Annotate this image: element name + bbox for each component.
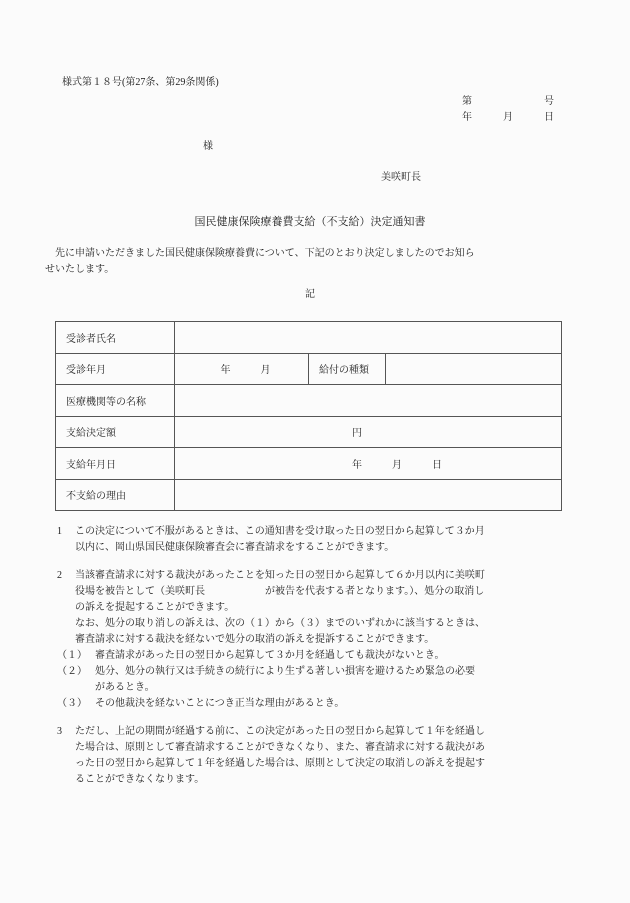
note-1-number: 1 xyxy=(57,524,75,556)
addressee-honorific: 様 xyxy=(203,139,213,155)
note-2: 2 当該審査請求に対する裁決があったことを知った日の翌日から起算して６か月以内に… xyxy=(45,568,605,712)
note-2-line: 審査請求に対する裁決を経ないで処分の取消の訴えを提訴することができます。 xyxy=(75,632,605,648)
doc-number-prefix: 第 xyxy=(462,94,472,110)
patient-name-label: 受診者氏名 xyxy=(56,322,175,354)
intro-paragraph: 先に申請いただきました国民健康保険療養費について、下記のとおり決定しましたのでお… xyxy=(45,246,475,278)
sender-title: 美咲町長 xyxy=(381,170,421,186)
date-year-label: 年 xyxy=(462,110,472,126)
benefit-type-value xyxy=(386,353,562,385)
subitem-3-number: （３） xyxy=(57,696,95,712)
note-3-line: た場合は、原則として審査請求することができなくなり、また、審査請求に対する裁決が… xyxy=(75,740,605,756)
date-month-label: 月 xyxy=(503,110,513,126)
note-2-line: の訴えを提起することができます。 xyxy=(75,600,605,616)
subitem-3-text: その他裁決を経ないことにつき正当な理由があるとき。 xyxy=(95,696,344,712)
denial-reason-label: 不支給の理由 xyxy=(56,479,175,511)
visit-month-label: 受診年月 xyxy=(56,353,175,385)
note-3-line: った日の翌日から起算して１年を経過した場合は、原則として決定の取消しの訴えを提起… xyxy=(75,756,605,772)
institution-label: 医療機関等の名称 xyxy=(56,385,175,417)
note-1-line: この決定について不服があるときは、この通知書を受け取った日の翌日から起算して３か… xyxy=(75,524,605,540)
subitem-2-text: 処分、処分の執行又は手続きの続行により生ずる著しい損害を避けるため緊急の必要 xyxy=(95,664,475,680)
note-2-subitem-2-continuation: があるとき。 xyxy=(95,680,605,696)
note-2-subitem-1: （１） 審査請求があった日の翌日から起算して３か月を経過しても裁決がないとき。 xyxy=(57,648,605,664)
subitem-2-number: （２） xyxy=(57,664,95,680)
note-1-line: 以内に、岡山県国民健康保険審査会に審査請求をすることができます。 xyxy=(75,540,605,556)
amount-label: 支給決定額 xyxy=(56,416,175,448)
patient-name-value xyxy=(175,322,562,354)
form-number: 様式第１８号(第27条、第29条関係) xyxy=(62,75,219,91)
table-row: 受診年月 年 月 給付の種類 xyxy=(56,353,562,385)
table-row: 支給決定額 円 xyxy=(56,416,562,448)
intro-line-2: せいたします。 xyxy=(45,262,475,278)
doc-date-line: 年 月 日 xyxy=(462,110,554,126)
decision-details-table: 受診者氏名 受診年月 年 月 給付の種類 医療機関等の名称 支給決定額 円 支給… xyxy=(55,321,562,511)
note-2-line: 当該審査請求に対する裁決があったことを知った日の翌日から起算して６か月以内に美咲… xyxy=(75,568,605,584)
note-1: 1 この決定について不服があるときは、この通知書を受け取った日の翌日から起算して… xyxy=(45,524,605,556)
table-row: 医療機関等の名称 xyxy=(56,385,562,417)
table-row: 受診者氏名 xyxy=(56,322,562,354)
doc-number-date-block: 第 号 年 月 日 xyxy=(462,94,554,126)
notice-document: 様式第１８号(第27条、第29条関係) 第 号 年 月 日 様 美咲町長 国民健… xyxy=(0,0,630,903)
subitem-1-number: （１） xyxy=(57,648,95,664)
note-2-line: なお、処分の取り消しの訴えは、次の（１）から（３）までのいずれかに該当するときは… xyxy=(75,616,605,632)
denial-reason-value xyxy=(175,479,562,511)
note-2-line: 役場を被告として（美咲町長 が被告を代表する者となります。）、処分の取消し xyxy=(75,584,605,600)
date-day-label: 日 xyxy=(544,110,554,126)
notes-section: 1 この決定について不服があるときは、この通知書を受け取った日の翌日から起算して… xyxy=(45,524,605,800)
doc-number-suffix: 号 xyxy=(544,94,554,110)
page-title: 国民健康保険療養費支給（不支給）決定通知書 xyxy=(45,214,575,230)
payment-date-value: 年 月 日 xyxy=(175,448,562,480)
table-row: 支給年月日 年 月 日 xyxy=(56,448,562,480)
intro-line-1: 先に申請いただきました国民健康保険療養費について、下記のとおり決定しましたのでお… xyxy=(45,246,475,262)
payment-date-label: 支給年月日 xyxy=(56,448,175,480)
note-3-line: ることができなくなります。 xyxy=(75,772,605,788)
amount-value: 円 xyxy=(175,416,562,448)
visit-month-value: 年 月 xyxy=(175,353,309,385)
note-3-line: ただし、上記の期間が経過する前に、この決定があった日の翌日から起算して１年を経過… xyxy=(75,724,605,740)
note-3-number: 3 xyxy=(57,724,75,788)
subitem-1-text: 審査請求があった日の翌日から起算して３か月を経過しても裁決がないとき。 xyxy=(95,648,445,664)
table-row: 不支給の理由 xyxy=(56,479,562,511)
institution-value xyxy=(175,385,562,417)
record-marker: 記 xyxy=(45,287,575,303)
note-3: 3 ただし、上記の期間が経過する前に、この決定があった日の翌日から起算して１年を… xyxy=(45,724,605,788)
note-2-subitem-2: （２） 処分、処分の執行又は手続きの続行により生ずる著しい損害を避けるため緊急の… xyxy=(57,664,605,680)
doc-number-line: 第 号 xyxy=(462,94,554,110)
note-2-subitem-3: （３） その他裁決を経ないことにつき正当な理由があるとき。 xyxy=(57,696,605,712)
note-2-number: 2 xyxy=(57,568,75,712)
benefit-type-label: 給付の種類 xyxy=(309,353,386,385)
